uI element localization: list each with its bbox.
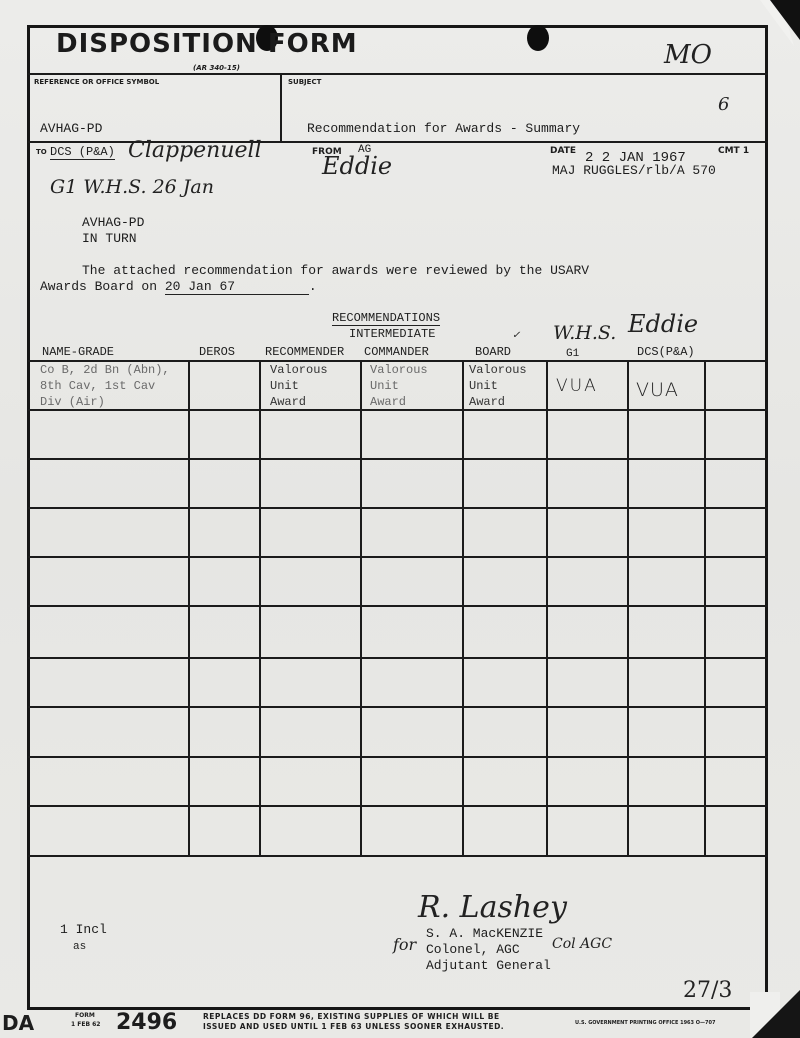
board-date: 20 Jan 67 (165, 279, 309, 295)
form-regulation: (AR 340-15) (193, 64, 240, 72)
originator: MAJ RUGGLES/rlb/A 570 (552, 163, 716, 178)
cmt-label: CMT 1 (718, 146, 749, 156)
board-date-value: 20 Jan 67 (165, 279, 235, 294)
to-value: DCS (P&A) (50, 145, 115, 160)
cell-recommender: Valorous Unit Award (270, 362, 328, 410)
table-rule (28, 605, 768, 607)
award-line: Unit (270, 378, 328, 394)
cell-g1: VUA (556, 376, 598, 396)
replaces-line-1: REPLACES DD FORM 96, EXISTING SUPPLIES O… (203, 1012, 500, 1022)
form-number: 2496 (116, 1010, 177, 1035)
award-line: Unit (370, 378, 428, 394)
routing-line-1: AVHAG-PD (82, 215, 144, 230)
table-rule (28, 657, 768, 659)
col-note: Col AGC (552, 936, 612, 952)
for-mark: for (393, 935, 416, 954)
award-line: Award (370, 394, 428, 410)
award-line: Valorous (270, 362, 328, 378)
award-line: Award (270, 394, 328, 410)
signer-title: Adjutant General (426, 958, 551, 973)
table-rule (28, 855, 768, 857)
award-line: Valorous (469, 362, 527, 378)
cell-commander: Valorous Unit Award (370, 362, 428, 410)
g1-initials: W.H.S. (553, 322, 616, 344)
name-grade-line: 8th Cav, 1st Cav (40, 378, 170, 394)
table-rule (28, 507, 768, 509)
routing-line-2: IN TURN (82, 231, 137, 246)
from-signature: Eddie (322, 152, 392, 180)
paragraph-prefix: Awards Board on (40, 279, 157, 294)
table-col-rule (360, 360, 362, 855)
routing-note: G1 W.H.S. 26 Jan (50, 176, 214, 198)
table-rule (28, 756, 768, 758)
inclosure: 1 Incl (60, 922, 107, 937)
table-col-rule (462, 360, 464, 855)
dcs-signature: Eddie (628, 310, 698, 338)
form-label: FORM (75, 1012, 95, 1019)
signature: R. Lashey (418, 890, 567, 925)
top-mark: 6 (718, 94, 729, 115)
col-header-board: BOARD (475, 345, 511, 359)
reference-value: AVHAG-PD (40, 121, 102, 136)
table-col-rule (704, 360, 706, 855)
form-date: 1 FEB 62 (71, 1021, 100, 1028)
paragraph-line-1: The attached recommendation for awards w… (82, 263, 589, 278)
replaces-line-2: ISSUED AND USED UNTIL 1 FEB 63 UNLESS SO… (203, 1022, 504, 1032)
board-check: ✓ (512, 330, 520, 341)
cell-dcs: VUA (636, 379, 679, 401)
printing-office: U.S. GOVERNMENT PRINTING OFFICE 1963 O—7… (575, 1020, 715, 1027)
table-rule (28, 805, 768, 807)
page-number: 27/3 (683, 978, 732, 1003)
col-header-name-grade: NAME-GRADE (42, 345, 114, 359)
col-header-commander: COMMANDER (364, 345, 429, 359)
date-label: DATE (550, 146, 576, 156)
form-footer: DA FORM 1 FEB 62 2496 REPLACES DD FORM 9… (27, 1010, 777, 1038)
table-col-rule (188, 360, 190, 855)
col-header-g1: G1 (566, 348, 579, 360)
table-col-rule (627, 360, 629, 855)
to-label: TO (36, 148, 47, 156)
folded-corner-shadow-bottom (752, 990, 800, 1038)
table-rule (28, 458, 768, 460)
subject-label: SUBJECT (288, 78, 321, 86)
inclosure-note: as (73, 941, 86, 953)
form-title: DISPOSITION FORM (56, 29, 358, 59)
paragraph-suffix: . (309, 279, 317, 294)
form-prefix: DA (2, 1011, 34, 1035)
table-col-rule (546, 360, 548, 855)
table-col-rule (259, 360, 261, 855)
top-initials: MO (664, 40, 712, 70)
col-header-deros: DEROS (199, 345, 235, 359)
signer-name: S. A. MacKENZIE (426, 926, 543, 941)
award-line: Valorous (370, 362, 428, 378)
reference-label: REFERENCE OR OFFICE SYMBOL (34, 78, 159, 86)
rule-ref-subject (280, 73, 282, 142)
signer-rank: Colonel, AGC (426, 942, 520, 957)
punch-hole-right (527, 25, 549, 51)
award-line: Award (469, 394, 527, 410)
col-header-dcs: DCS(P&A) (637, 345, 695, 359)
rule-under-title (28, 73, 768, 75)
table-rule (28, 706, 768, 708)
col-header-recommender: RECOMMENDER (265, 345, 344, 359)
cell-board: Valorous Unit Award (469, 362, 527, 410)
subject-value: Recommendation for Awards - Summary (307, 121, 580, 136)
name-grade-line: Co B, 2d Bn (Abn), (40, 362, 170, 378)
table-rule (28, 556, 768, 558)
table-group-header: RECOMMENDATIONS (332, 311, 440, 326)
table-sub-header: INTERMEDIATE (349, 327, 435, 341)
name-grade-line: Div (Air) (40, 394, 170, 410)
paragraph-line-2: Awards Board on 20 Jan 67. (40, 279, 317, 295)
award-line: Unit (469, 378, 527, 394)
to-signature: Clappenuell (128, 138, 262, 163)
cell-name-grade: Co B, 2d Bn (Abn), 8th Cav, 1st Cav Div … (40, 362, 170, 410)
folded-corner-shadow-top (770, 0, 800, 40)
